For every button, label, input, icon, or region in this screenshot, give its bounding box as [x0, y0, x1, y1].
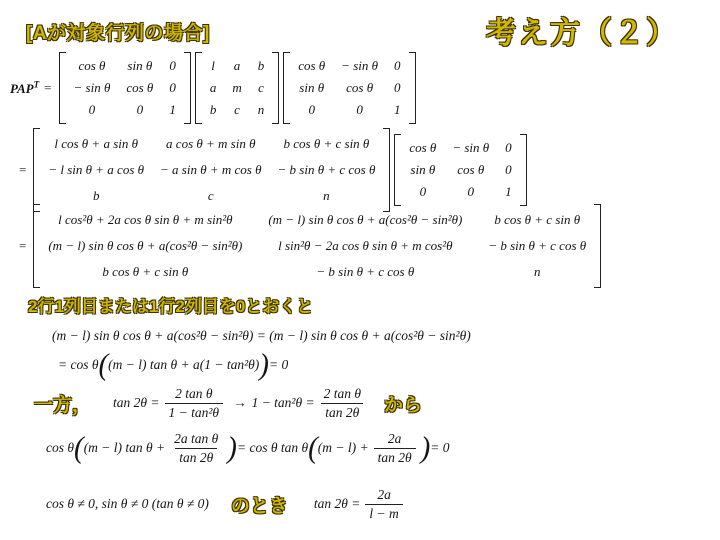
matrix-cell: m	[232, 77, 241, 99]
matrix-cell: a	[234, 55, 241, 77]
slide: { "slide": { "background": "#ffffff", "m…	[0, 0, 720, 540]
equation-pap-product: PAPT = cos θsin θ0− sin θcos θ0001 labam…	[10, 52, 418, 124]
big-left-paren: (	[308, 434, 318, 461]
label-notoki: のとき	[231, 491, 288, 518]
matrix-cell: a cos θ + m sin θ	[166, 131, 255, 157]
bracket-right	[383, 128, 390, 212]
rotation-matrix-right: cos θ− sin θ0sin θcos θ0001	[283, 52, 415, 124]
matrix-cell: − sin θ	[74, 77, 111, 99]
cos-factor: cos θ	[46, 440, 74, 456]
big-right-paren: )	[259, 351, 269, 378]
fraction: 2atan 2θ	[374, 430, 416, 466]
equals-zero: = 0	[430, 440, 449, 456]
line-tan-identity: 一方， tan 2θ = 2 tan θ1 − tan²θ → 1 − tan²…	[34, 385, 422, 421]
matrix-cell: b cos θ + c sin θ	[494, 207, 580, 233]
matrix-cell: − b sin θ + c cos θ	[488, 233, 586, 259]
equation-offdiagonal: (m − l) sin θ cos θ + a(cos²θ − sin²θ) =…	[52, 328, 471, 344]
matrix-cell: cos θ	[298, 55, 325, 77]
slide-subtitle: [Aが対象行列の場合]	[26, 18, 210, 45]
equals-sign: =	[19, 238, 26, 254]
big-left-paren: (	[74, 434, 84, 461]
bracket-right	[409, 52, 416, 124]
matrix-cell: a	[210, 77, 217, 99]
inner-expression: (m − l) tan θ +	[84, 440, 165, 456]
cos-factor: = cos θ	[58, 357, 99, 373]
matrix-cell: − a sin θ + m cos θ	[160, 157, 261, 183]
matrix-cell: l sin²θ − 2a cos θ sin θ + m cos²θ	[278, 233, 452, 259]
rearranged-lhs: 1 − tan²θ =	[252, 395, 315, 411]
matrix-cell: b cos θ + c sin θ	[102, 259, 188, 285]
equation-intermediate: = l cos θ + a sin θa cos θ + m sin θb co…	[14, 128, 529, 212]
equation-result: = l cos²θ + 2a cos θ sin θ + m sin²θ(m −…	[14, 204, 603, 288]
matrix-cell: 0	[394, 55, 401, 77]
middle-factor: = cos θ tan θ	[237, 440, 308, 456]
matrix-cell: 0	[394, 77, 401, 99]
label-onehand: 一方，	[34, 390, 91, 417]
bracket-left	[394, 134, 401, 206]
matrix-cell: 1	[505, 181, 512, 203]
matrix-cell: 0	[505, 159, 512, 181]
equation-substituted: cos θ ( (m − l) tan θ + 2a tan θtan 2θ )…	[46, 430, 450, 466]
fraction: 2al − m	[365, 486, 402, 522]
bracket-left	[33, 204, 40, 288]
result-matrix: l cos²θ + 2a cos θ sin θ + m sin²θ(m − l…	[33, 204, 601, 288]
matrix-cell: c	[234, 99, 240, 121]
matrix-cell: 0	[137, 99, 144, 121]
matrix-cell: sin θ	[299, 77, 324, 99]
matrix-cell: cos θ	[78, 55, 105, 77]
offdiagonal-expression: (m − l) sin θ cos θ + a(cos²θ − sin²θ) =…	[52, 328, 471, 344]
matrix-cell: 1	[169, 99, 176, 121]
bracket-left	[283, 52, 290, 124]
big-right-paren: )	[421, 434, 431, 461]
equals-sign: =	[19, 162, 26, 178]
equation-factored: = cos θ ( (m − l) tan θ + a(1 − tan²θ) )…	[58, 352, 288, 378]
inner-expression: (m − l) tan θ + a(1 − tan²θ)	[108, 357, 259, 373]
slide-title: 考え方（２）	[486, 8, 678, 52]
bracket-left	[59, 52, 66, 124]
matrix-cell: − b sin θ + c cos θ	[316, 259, 414, 285]
matrix-cell: 0	[467, 181, 474, 203]
matrix-cell: (m − l) sin θ cos θ + a(cos²θ − sin²θ)	[268, 207, 462, 233]
matrix-cell: 0	[89, 99, 96, 121]
rotation-matrix-left: cos θsin θ0− sin θcos θ0001	[59, 52, 191, 124]
matrix-cell: 0	[356, 99, 363, 121]
matrix-cell: 0	[169, 77, 176, 99]
arrow-icon: →	[233, 395, 247, 411]
matrix-cell: b	[210, 99, 217, 121]
bracket-left	[195, 52, 202, 124]
inner-expression: (m − l) +	[318, 440, 369, 456]
fraction: 2a tan θtan 2θ	[170, 430, 222, 466]
fraction: 2 tan θtan 2θ	[320, 385, 365, 421]
tan2theta-lhs: tan 2θ =	[113, 395, 160, 411]
matrix-cell: 1	[394, 99, 401, 121]
matrix-cell: l	[211, 55, 215, 77]
matrix-cell: cos θ	[457, 159, 484, 181]
matrix-cell: − b sin θ + c cos θ	[278, 157, 376, 183]
equals-sign: =	[44, 80, 51, 96]
matrix-cell: sin θ	[127, 55, 152, 77]
matrix-cell: − sin θ	[341, 55, 378, 77]
bracket-right	[520, 134, 527, 206]
line-final-result: cos θ ≠ 0, sin θ ≠ 0 (tan θ ≠ 0) のとき tan…	[46, 486, 408, 522]
matrix-cell: cos θ	[126, 77, 153, 99]
matrix-cell: − l sin θ + a cos θ	[48, 157, 144, 183]
matrix-cell: l cos²θ + 2a cos θ sin θ + m sin²θ	[58, 207, 232, 233]
heading-set-entry-to-zero: 2行1列目または1行2列目を0とおくと	[28, 292, 313, 317]
label-kara: から	[384, 390, 422, 417]
equals-zero: = 0	[269, 357, 288, 373]
matrix-cell: b	[258, 55, 265, 77]
big-right-paren: )	[227, 434, 237, 461]
matrix-cell: n	[534, 259, 541, 285]
nonzero-condition: cos θ ≠ 0, sin θ ≠ 0 (tan θ ≠ 0)	[46, 496, 209, 512]
matrix-cell: 0	[308, 99, 315, 121]
rotation-matrix-right: cos θ− sin θ0sin θcos θ0001	[394, 134, 526, 206]
fraction: 2 tan θ1 − tan²θ	[165, 385, 224, 421]
matrix-cell: l cos θ + a sin θ	[54, 131, 138, 157]
matrix-cell: sin θ	[410, 159, 435, 181]
matrix-cell: 0	[169, 55, 176, 77]
matrix-cell: c	[258, 77, 264, 99]
matrix-cell: 0	[420, 181, 427, 203]
product-matrix: l cos θ + a sin θa cos θ + m sin θb cos …	[33, 128, 390, 212]
pap-symbol: PAPT	[10, 79, 39, 96]
matrix-cell: b cos θ + c sin θ	[284, 131, 370, 157]
bracket-right	[184, 52, 191, 124]
matrix-cell: − sin θ	[452, 137, 489, 159]
big-left-paren: (	[99, 351, 109, 378]
bracket-right	[272, 52, 279, 124]
matrix-cell: 0	[505, 137, 512, 159]
bracket-left	[33, 128, 40, 212]
matrix-cell: (m − l) sin θ cos θ + a(cos²θ − sin²θ)	[48, 233, 242, 259]
matrix-cell: cos θ	[346, 77, 373, 99]
matrix-cell: cos θ	[409, 137, 436, 159]
matrix-cell: n	[258, 99, 265, 121]
bracket-right	[594, 204, 601, 288]
tan2theta-lhs: tan 2θ =	[314, 496, 361, 512]
symmetric-matrix-a: labamcbcn	[195, 52, 279, 124]
